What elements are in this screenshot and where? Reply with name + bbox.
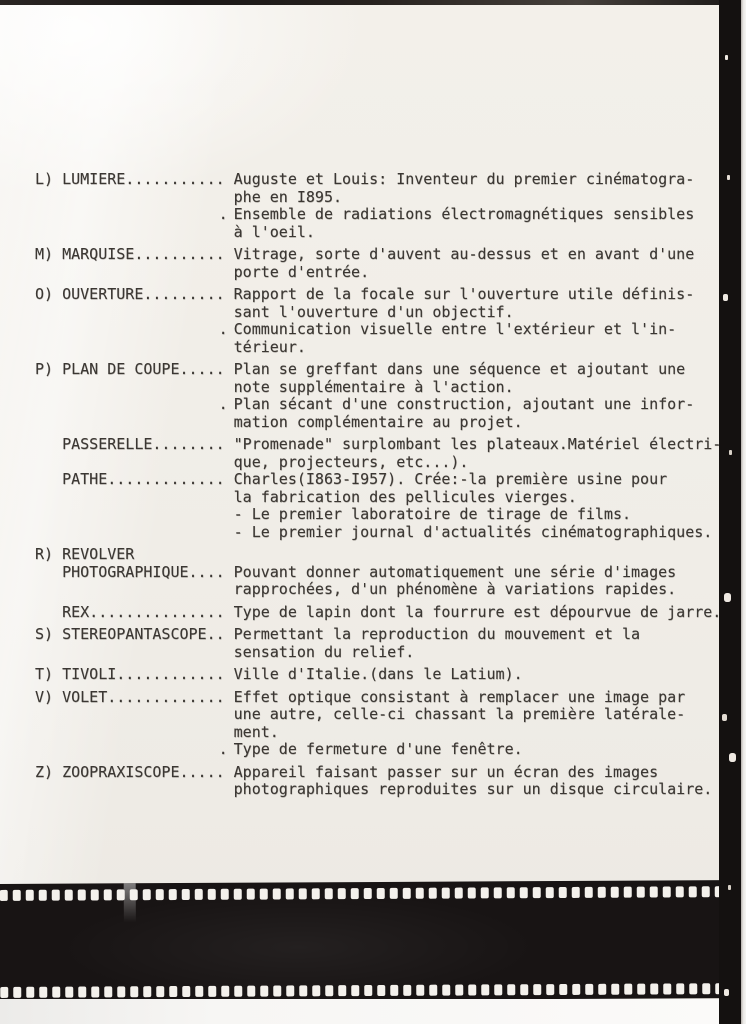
sprocket-hole [702, 886, 710, 897]
sprocket-hole [104, 889, 112, 900]
sprocket-hole [494, 984, 502, 995]
glossary-entry: PATHE.............Charles(I863-I957). Cr… [35, 471, 727, 541]
sprocket-hole [338, 888, 346, 899]
definition-item: Vitrage, sorte d'auvent au-dessus et en … [234, 246, 727, 281]
sprocket-hole [416, 985, 424, 996]
sprocket-hole [26, 987, 34, 998]
definition-text: Vitrage, sorte d'auvent au-dessus et en … [234, 246, 727, 281]
sprocket-hole [143, 889, 151, 900]
sprocket-hole [390, 888, 398, 899]
sprocket-hole [78, 890, 86, 901]
glossary-entry: R)REVOLVER PHOTOGRAPHIQUE....Pouvant don… [35, 546, 727, 599]
entry-letter [35, 471, 62, 541]
entry-definitions: Auguste et Louis: Inventeur du premier c… [234, 171, 727, 241]
entry-definitions: Ville d'Italie.(dans le Latium). [234, 666, 727, 684]
entry-letter: O) [35, 286, 62, 356]
sprocket-hole [663, 983, 671, 994]
scan-edge-right-highlight [741, 0, 746, 1024]
sprocket-hole [182, 986, 190, 997]
sprocket-hole [0, 987, 8, 998]
sprocket-hole [130, 889, 138, 900]
sprocket-hole [221, 986, 229, 997]
entry-term: LUMIERE........... [62, 171, 234, 241]
sprocket-hole [481, 887, 489, 898]
entry-definitions: Appareil faisant passer sur un écran des… [234, 764, 727, 799]
definition-item: Permettant la reproduction du mouvement … [234, 626, 727, 661]
page-area-below-filmstrip [0, 999, 722, 1024]
entry-term: PASSERELLE........ [62, 436, 234, 471]
definition-text: Auguste et Louis: Inventeur du premier c… [234, 171, 727, 206]
definition-text: Charles(I863-I957). Crée:-la première us… [234, 471, 727, 541]
sprocket-hole [637, 887, 645, 898]
sprocket-hole [208, 889, 216, 900]
definition-item: Pouvant donner automatiquement une série… [234, 564, 727, 599]
sprocket-hole [442, 985, 450, 996]
sprocket-hole [195, 889, 203, 900]
sprocket-hole [598, 887, 606, 898]
entry-definitions: Permettant la reproduction du mouvement … [234, 626, 727, 661]
sprocket-hole [572, 984, 580, 995]
sprocket-hole [689, 983, 697, 994]
entry-term: MARQUISE.......... [62, 246, 234, 281]
sprocket-hole [559, 887, 567, 898]
definition-bullet: . [219, 741, 228, 759]
glossary-entry: S)STEREOPANTASCOPE..Permettant la reprod… [35, 626, 727, 661]
sprocket-hole [130, 986, 138, 997]
sprocket-hole [585, 984, 593, 995]
sprocket-hole [377, 985, 385, 996]
sprocket-hole [78, 987, 86, 998]
definition-text: Communication visuelle entre l'extérieur… [234, 321, 727, 356]
sprocket-hole [247, 889, 255, 900]
sprocket-hole [143, 986, 151, 997]
sprocket-hole [585, 887, 593, 898]
sprocket-hole [494, 887, 502, 898]
definition-text: Type de lapin dont la fourrure est dépou… [234, 604, 727, 622]
sprocket-hole [156, 889, 164, 900]
sprocket-hole [208, 986, 216, 997]
definition-text: Appareil faisant passer sur un écran des… [234, 764, 727, 799]
sprocket-hole [104, 986, 112, 997]
entry-definitions: Type de lapin dont la fourrure est dépou… [234, 604, 727, 622]
sprocket-hole [364, 985, 372, 996]
sprocket-hole [546, 984, 554, 995]
definition-item: Effet optique consistant à remplacer une… [234, 689, 727, 742]
glossary-entry: Z)ZOOPRAXISCOPE.....Appareil faisant pas… [35, 764, 727, 799]
definition-item: Ville d'Italie.(dans le Latium). [234, 666, 727, 684]
definition-item: .Ensemble de radiations électromagnétiqu… [234, 206, 727, 241]
entry-term: PATHE............. [62, 471, 234, 541]
definition-text: Rapport de la focale sur l'ouverture uti… [234, 286, 727, 321]
sprocket-hole [572, 887, 580, 898]
glossary-entry: O)OUVERTURE.........Rapport de la focale… [35, 286, 727, 356]
sprocket-hole [520, 984, 528, 995]
glossary-list: L)LUMIERE...........Auguste et Louis: In… [35, 171, 727, 799]
sprocket-hole [117, 986, 125, 997]
sprocket-hole [533, 887, 541, 898]
sprocket-hole [689, 886, 697, 897]
entry-letter: P) [35, 361, 62, 431]
definition-text: "Promenade" surplombant les plateaux.Mat… [234, 436, 727, 471]
sprocket-hole [39, 987, 47, 998]
sprocket-hole [260, 986, 268, 997]
sprocket-hole [273, 888, 281, 899]
sprocket-hole [221, 889, 229, 900]
sprocket-hole [325, 985, 333, 996]
sprocket-hole [286, 985, 294, 996]
entry-term: REX............... [62, 604, 234, 622]
sprocket-hole [455, 888, 463, 899]
sprocket-hole [442, 888, 450, 899]
definition-bullet: . [219, 396, 228, 414]
sprocket-hole [637, 984, 645, 995]
definition-item: "Promenade" surplombant les plateaux.Mat… [234, 436, 727, 471]
sprocket-hole [403, 985, 411, 996]
sprocket-hole [364, 888, 372, 899]
filmstrip-decoration [0, 880, 746, 1002]
entry-letter: V) [35, 689, 62, 759]
sprocket-hole [260, 889, 268, 900]
scan-edge-right [719, 0, 741, 1024]
entry-letter: Z) [35, 764, 62, 799]
sprocket-hole [299, 888, 307, 899]
glossary-entry: L)LUMIERE...........Auguste et Louis: In… [35, 171, 727, 241]
glossary-content: L)LUMIERE...........Auguste et Louis: In… [35, 171, 727, 804]
definition-bullet: . [219, 206, 228, 224]
filmstrip-holes-row [0, 886, 746, 901]
sprocket-hole [676, 886, 684, 897]
entry-term: STEREOPANTASCOPE.. [62, 626, 234, 661]
sprocket-hole [468, 984, 476, 995]
sprocket-hole [650, 887, 658, 898]
definition-item: Rapport de la focale sur l'ouverture uti… [234, 286, 727, 321]
sprocket-hole [403, 888, 411, 899]
sprocket-hole [546, 887, 554, 898]
sprocket-hole [65, 890, 73, 901]
sprocket-hole [611, 984, 619, 995]
sprocket-hole [429, 888, 437, 899]
definition-item: Plan se greffant dans une séquence et aj… [234, 361, 727, 396]
sprocket-hole [273, 985, 281, 996]
entry-definitions: Plan se greffant dans une séquence et aj… [234, 361, 727, 431]
definition-item: Type de lapin dont la fourrure est dépou… [234, 604, 727, 622]
entry-definitions: Rapport de la focale sur l'ouverture uti… [234, 286, 727, 356]
sprocket-hole [13, 890, 21, 901]
sprocket-hole [429, 985, 437, 996]
sprocket-hole [52, 890, 60, 901]
glossary-entry: PASSERELLE........"Promenade" surplomban… [35, 436, 727, 471]
sprocket-hole [169, 889, 177, 900]
definition-item: Auguste et Louis: Inventeur du premier c… [234, 171, 727, 206]
scan-edge-top [0, 0, 740, 5]
glossary-entry: M)MARQUISE..........Vitrage, sorte d'auv… [35, 246, 727, 281]
entry-letter: M) [35, 246, 62, 281]
entry-term: REVOLVER PHOTOGRAPHIQUE.... [62, 546, 234, 599]
definition-item: .Plan sécant d'une construction, ajoutan… [234, 396, 727, 431]
sprocket-hole [338, 985, 346, 996]
entry-term: ZOOPRAXISCOPE..... [62, 764, 234, 799]
sprocket-hole [234, 986, 242, 997]
sprocket-hole [299, 985, 307, 996]
entry-term: OUVERTURE......... [62, 286, 234, 356]
entry-term: PLAN DE COUPE..... [62, 361, 234, 431]
sprocket-hole [559, 984, 567, 995]
sprocket-hole [507, 984, 515, 995]
entry-letter [35, 436, 62, 471]
sprocket-hole [650, 984, 658, 995]
entry-term: VOLET............. [62, 689, 234, 759]
entry-letter [35, 604, 62, 622]
sprocket-hole [52, 987, 60, 998]
sprocket-hole [169, 986, 177, 997]
entry-definitions: Pouvant donner automatiquement une série… [234, 546, 727, 599]
sprocket-hole [663, 886, 671, 897]
sprocket-hole [312, 888, 320, 899]
sprocket-hole [507, 887, 515, 898]
entry-letter: L) [35, 171, 62, 241]
sprocket-hole [234, 889, 242, 900]
sprocket-hole [0, 890, 8, 901]
glossary-entry: V)VOLET.............Effet optique consis… [35, 689, 727, 759]
definition-text: Pouvant donner automatiquement une série… [234, 564, 727, 599]
sprocket-hole [312, 985, 320, 996]
sprocket-hole [91, 889, 99, 900]
sprocket-hole [65, 987, 73, 998]
definition-item: Appareil faisant passer sur un écran des… [234, 764, 727, 799]
sprocket-hole [416, 888, 424, 899]
sprocket-hole [156, 986, 164, 997]
sprocket-hole [624, 984, 632, 995]
sprocket-hole [533, 984, 541, 995]
definition-item: .Communication visuelle entre l'extérieu… [234, 321, 727, 356]
sprocket-hole [481, 984, 489, 995]
entry-definitions: "Promenade" surplombant les plateaux.Mat… [234, 436, 727, 471]
entry-definitions: Effet optique consistant à remplacer une… [234, 689, 727, 759]
sprocket-hole [117, 889, 125, 900]
glossary-entry: T)TIVOLI............Ville d'Italie.(dans… [35, 666, 727, 684]
definition-text: Ensemble de radiations électromagnétique… [234, 206, 727, 241]
entry-definitions: Charles(I863-I957). Crée:-la première us… [234, 471, 727, 541]
sprocket-hole [390, 985, 398, 996]
entry-definitions: Vitrage, sorte d'auvent au-dessus et en … [234, 246, 727, 281]
definition-item: Charles(I863-I957). Crée:-la première us… [234, 471, 727, 541]
sprocket-hole [351, 985, 359, 996]
entry-letter: R) [35, 546, 62, 599]
sprocket-hole [455, 985, 463, 996]
definition-text: Plan se greffant dans une séquence et aj… [234, 361, 727, 396]
sprocket-hole [520, 887, 528, 898]
sprocket-hole [13, 987, 21, 998]
glossary-entry: REX...............Type de lapin dont la … [35, 604, 727, 622]
definition-text: Type de fermeture d'une fenêtre. [234, 741, 727, 759]
entry-term: TIVOLI............ [62, 666, 234, 684]
sprocket-hole [325, 888, 333, 899]
glossary-entry: P)PLAN DE COUPE.....Plan se greffant dan… [35, 361, 727, 431]
definition-text: Effet optique consistant à remplacer une… [234, 689, 727, 742]
definition-text: Plan sécant d'une construction, ajoutant… [234, 396, 727, 431]
sprocket-hole [468, 887, 476, 898]
definition-bullet: . [219, 321, 228, 339]
sprocket-hole [39, 890, 47, 901]
sprocket-hole [351, 888, 359, 899]
sprocket-hole [624, 887, 632, 898]
filmstrip-holes-row [0, 983, 746, 998]
sprocket-hole [598, 984, 606, 995]
sprocket-hole [247, 986, 255, 997]
definition-item: .Type de fermeture d'une fenêtre. [234, 741, 727, 759]
sprocket-hole [26, 890, 34, 901]
definition-text: Permettant la reproduction du mouvement … [234, 626, 727, 661]
entry-letter: S) [35, 626, 62, 661]
definition-text: Ville d'Italie.(dans le Latium). [234, 666, 727, 684]
sprocket-hole [182, 889, 190, 900]
sprocket-hole [377, 888, 385, 899]
entry-letter: T) [35, 666, 62, 684]
sprocket-hole [286, 888, 294, 899]
sprocket-hole [611, 887, 619, 898]
sprocket-hole [195, 986, 203, 997]
sprocket-hole [91, 986, 99, 997]
sprocket-hole [676, 983, 684, 994]
sprocket-hole [702, 983, 710, 994]
